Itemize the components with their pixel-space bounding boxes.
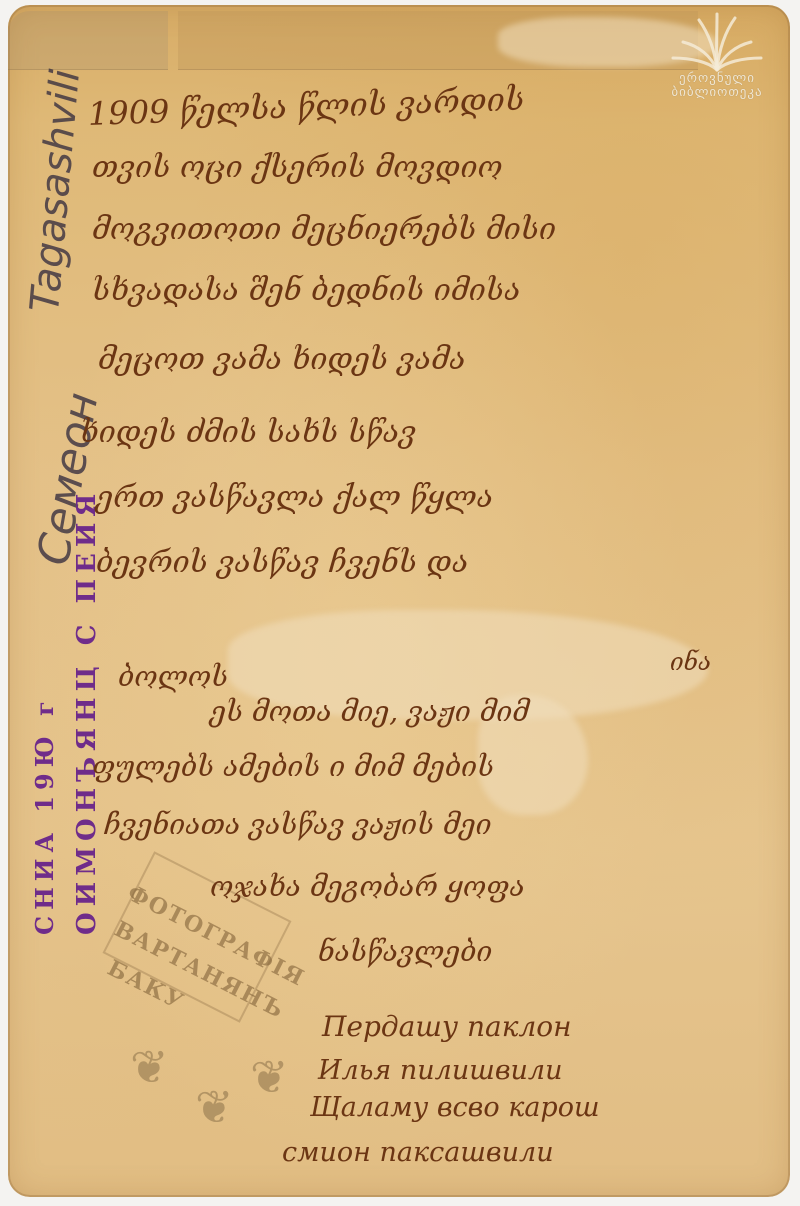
georgian-line: ოჯახა მეგობარ ყოფა	[210, 870, 525, 903]
tape-residue	[8, 11, 168, 70]
purple-stamp-line-1: СНИА 19Ю г	[30, 695, 59, 935]
plant-logo-icon	[669, 12, 765, 72]
georgian-line: მეცოთ ვამა ხიდეს ვამა	[98, 342, 466, 377]
embossed-leaf-icon: ❦	[195, 1080, 234, 1134]
georgian-line: ეს მოთა მიე, ვაჟი მიმ	[210, 695, 529, 728]
georgian-line: ბევრის ვასწავ ჩვენს და	[96, 545, 468, 580]
georgian-line: ერთ ვასწავლა ქალ წყლა	[96, 480, 493, 515]
georgian-line: ბოლოს	[118, 660, 228, 693]
georgian-line: ჩვენიათა ვასწავ ვაჟის მეი	[104, 808, 492, 841]
georgian-line: ფულებს ამების ი მიმ მების	[92, 750, 494, 783]
russian-line: Илья пилишвили	[318, 1055, 563, 1086]
embossed-leaf-icon: ❦	[250, 1050, 289, 1104]
russian-line: смион паксашвили	[282, 1137, 554, 1168]
watermark-line-1: ეროვნული	[662, 72, 772, 86]
embossed-leaf-icon: ❦	[130, 1040, 169, 1094]
georgian-line: ხიდეს ძმის სახს სწავ	[80, 415, 416, 450]
georgian-line: თვის ოცი ქსერის მოვდიო	[92, 150, 503, 185]
library-watermark: ეროვნული ბიბლიოთეკა	[662, 12, 772, 100]
georgian-line: ინა	[670, 648, 711, 676]
watermark-line-2: ბიბლიოთეკა	[662, 86, 772, 100]
georgian-line: სხვადასა შენ ბედნის იმისა	[92, 273, 521, 308]
russian-line: Щаламу всво карош	[310, 1092, 600, 1123]
russian-line: Пердашу паклон	[322, 1010, 572, 1043]
georgian-line: მოგვითოთი მეცნიერებს მისი	[92, 212, 556, 247]
georgian-line: ნასწავლები	[318, 935, 492, 968]
